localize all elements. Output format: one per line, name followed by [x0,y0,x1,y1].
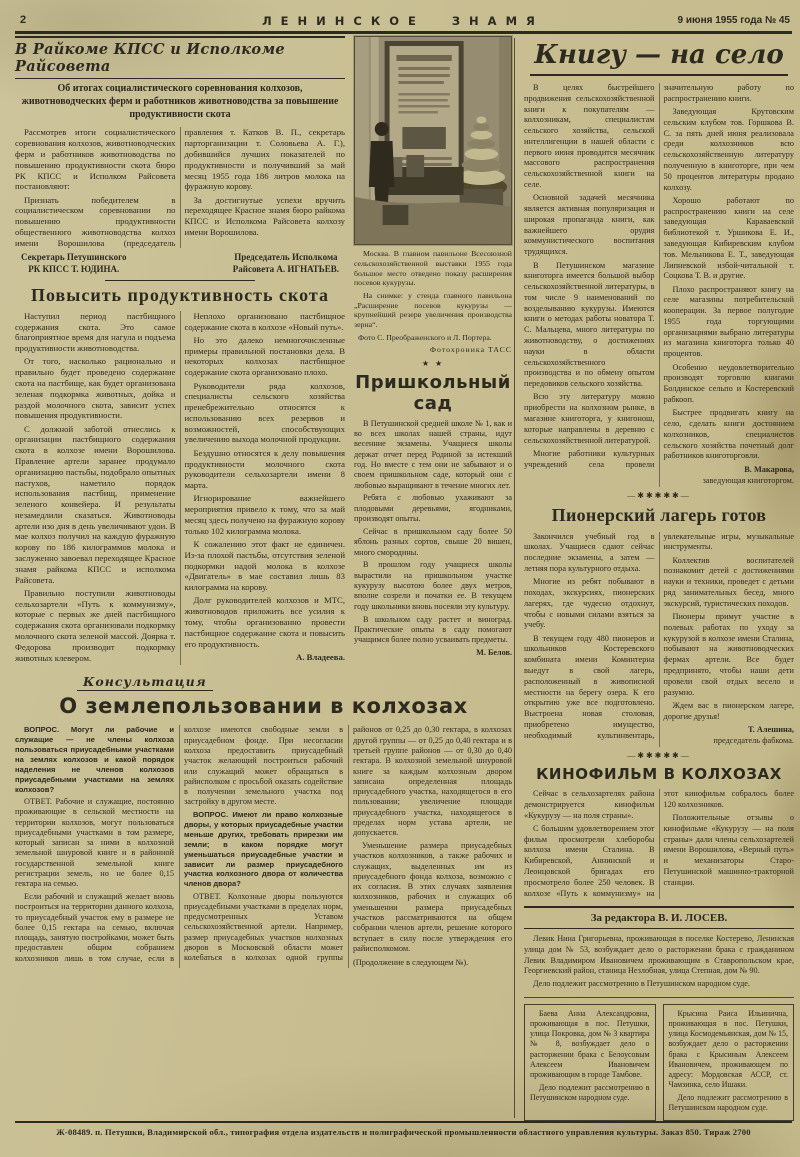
paragraph: За достигнутые успехи вручить переходяще… [185,195,346,238]
article-kino: КИНОФИЛЬМ В КОЛХОЗАХ Сейчас в сельхозарт… [524,765,794,899]
photo-column: Москва. В главном павильоне Всесоюзной с… [354,36,512,661]
paragraph: Москва. В главном павильоне Всесоюзной с… [354,249,512,288]
article-povysit: Повысить продуктивность скота Наступил п… [15,285,345,666]
article-sad-body: В Петушинской средней школе № 1, как и в… [354,419,512,659]
article-lager: Пионерский лагерь готов Закончился учебн… [524,505,794,747]
signature-right: Председатель Исполкома Райсовета А. ИГНА… [233,252,339,275]
paragraph: Хорошо работают по распространению книги… [664,196,795,282]
paragraph: Пионеры примут участие в полевых работах… [664,612,795,698]
paragraph: Быстрее продвигать книгу на село, сделат… [664,408,795,462]
signature-role: Председатель Исполкома [233,252,339,264]
header-rule [15,31,792,34]
article-raikom: В Райкоме КПСС и Исполкоме Райсовета Об … [15,36,345,276]
paragraph: Заведующая Крутовским сельским клубом то… [664,107,795,193]
paragraph: Долг руководителей колхозов и МТС, живот… [185,595,346,649]
paragraph: От того, насколько рационально и правиль… [15,356,176,421]
paragraph: Ждем вас в пионерском лагере, дорогие др… [664,701,795,723]
right-section: Книгу — на село В целях быстрейшего прод… [524,36,794,1121]
issue-date: 9 июня 1955 года № 45 [678,15,790,26]
left-main-columns: В Райкоме КПСС и Исполкоме Райсовета Об … [15,36,345,665]
article-kniga-body: В целях быстрейшего продвижения сельскох… [524,83,794,487]
konsultacia-label: Консультация [77,674,213,691]
paragraph: Положительные отзывы о кинофильме «Кукур… [664,813,795,888]
divorce-notice: Левик Нина Григорьевна, проживающая в по… [524,934,794,997]
paragraph: Дело подлежит рассмотрению в Петушинском… [530,1083,650,1104]
paragraph: На снимке: у стенда главного павильона „… [354,291,512,330]
raikom-signatures: Секретарь Петушинского РК КПСС Т. ЮДИНА.… [21,252,339,275]
article-kino-title: КИНОФИЛЬМ В КОЛХОЗАХ [524,765,794,783]
paragraph: Баева Анна Александровна, проживающая в … [530,1009,650,1081]
paragraph: К сожалению этот факт не единичен. Из-за… [185,539,346,593]
signature-left: Секретарь Петушинского РК КПСС Т. ЮДИНА. [21,252,127,275]
signature-name: Райсовета А. ИГНАТЬЕВ. [233,264,339,276]
paragraph: Фото С. Преображенского и Л. Портера. [354,333,512,343]
paragraph: Ребята с любовью ухаживают за плодовыми … [354,493,512,524]
article-sad: Пришкольный сад В Петушинской средней шк… [354,372,512,659]
paragraph: Т. Алешина, [664,725,795,736]
divorce-notice: Баева Анна Александровна, проживающая в … [524,1004,656,1122]
paragraph: Игнорирование важнейшего мероприятия при… [185,493,346,536]
article-kino-body: Сейчас в сельхозартелях района демонстри… [524,789,794,899]
article-sad-title: Пришкольный сад [354,372,512,414]
article-povysit-title: Повысить продуктивность скота [15,285,345,306]
editor-line: За редактора В. И. ЛОСЕВ. [524,906,794,929]
paragraph: Но это далеко немногочисленные примеры п… [185,335,346,378]
article-raikom-title: В Райкоме КПСС и Исполкоме Райсовета [15,36,345,79]
article-raikom-subtitle: Об итогах социалистического соревнования… [19,83,341,121]
article-kniga: Книгу — на село В целях быстрейшего прод… [524,40,794,487]
paragraph: председатель фабкома. [664,736,795,747]
article-lager-body: Закончился учебный год в школах. Учащиес… [524,532,794,747]
paragraph: заведующая книготоргом. [664,476,795,487]
top-row: В Райкоме КПСС и Исполкоме Райсовета Об … [15,36,512,665]
paragraph: В прошлом году учащиеся школы вырастили … [354,560,512,612]
paragraph: Дело подлежит рассмотрению в Петушинском… [669,1093,789,1114]
newspaper-page: 2 ЛЕНИНСКОЕ ЗНАМЯ 9 июня 1955 года № 45 … [0,0,800,1157]
paragraph: В Петушинском магазине книготорга имеетс… [524,261,655,390]
footer-rule [15,1121,792,1123]
photo-frame [354,36,512,245]
paragraph: Закончился учебный год в школах. Учащиес… [524,532,655,575]
paragraph: Бездушно относятся к делу повышения прод… [185,448,346,491]
paragraph: Руководители ряда колхозов, специалисты … [185,381,346,446]
paragraph: В школьном саду растет и виноград. Практ… [354,615,512,646]
short-divider-rule [105,280,255,281]
left-section: В Райкоме КПСС и Исполкоме Райсовета Об … [15,36,512,968]
paragraph: Многие из ребят побывают в походах, экск… [524,577,655,631]
paragraph: Плохо распространяют книгу на селе магаз… [664,285,795,360]
article-kniga-title: Книгу — на село [530,40,788,76]
article-povysit-body: Наступил период пастбищного содержания с… [15,311,345,666]
paragraph: В целях быстрейшего продвижения сельскох… [524,83,655,191]
paragraph: Рассмотрев итоги социалистического сорев… [15,127,176,192]
exhibition-photo [355,37,511,244]
paragraph: (Продолжение в следующем №). [353,958,512,968]
star-separator: —✱✱✱✱✱— [524,491,794,500]
article-lager-title: Пионерский лагерь готов [524,505,794,526]
paragraph: Правильно поступили животноводы сельхоза… [15,588,176,663]
paragraph: ОТВЕТ. Рабочие и служащие, постоянно про… [15,797,174,890]
article-zemlepolzovanie-body: ВОПРОС. Могут ли рабочие и служащие — не… [15,725,512,968]
masthead-title: ЛЕНИНСКОЕ ЗНАМЯ [16,14,790,28]
article-zemlepolzovanie-title: О землепользовании в колхозах [15,694,512,718]
imprint-line: Ж-08489. п. Петушки, Владимирской обл., … [15,1127,792,1137]
paragraph: Основной задачей месячника является акти… [524,193,655,258]
paragraph: Неплохо организовано пастбищное содержан… [185,311,346,333]
paragraph: С должной заботой отнеслись к организаци… [15,424,176,586]
paragraph: Левик Нина Григорьевна, проживающая в по… [524,934,794,977]
paragraph: ВОПРОС. Имеют ли право колхозные дворы, … [184,810,343,889]
star-separator: ★ ★ [354,359,512,368]
paragraph: Коллектив воспитателей познакомит детей … [664,556,795,610]
paragraph: ВОПРОС. Могут ли рабочие и служащие — не… [15,725,174,794]
section-divider-rule [514,38,515,1118]
paragraph: Всю эту литературу можно приобрести на к… [524,392,655,446]
paragraph: Сейчас в пришкольном саду более 50 яблон… [354,527,512,558]
article-konsultacia: Консультация О землепользовании в колхоз… [15,673,512,968]
page-header: 2 ЛЕНИНСКОЕ ЗНАМЯ 9 июня 1955 года № 45 [16,12,790,30]
article-raikom-body: Рассмотрев итоги социалистического сорев… [15,127,345,248]
paragraph: Уменьшение размера приусадебных участков… [353,841,512,954]
paragraph: В Петушинской средней школе № 1, как и в… [354,419,512,491]
paragraph: Дело подлежит рассмотрению в Петушинском… [524,979,794,990]
paragraph: Сейчас в сельхозартелях района демонстри… [524,789,655,821]
paragraph: В. Макарова, [664,465,795,476]
signature-role: Секретарь Петушинского [21,252,127,264]
signature-name: РК КПСС Т. ЮДИНА. [21,264,127,276]
paragraph: М. Белов. [354,648,512,658]
paragraph: Фотохроника ТАСС [354,345,512,355]
notice-row: Баева Анна Александровна, проживающая в … [524,1004,794,1122]
paragraph: Наступил период пастбищного содержания с… [15,311,176,354]
star-separator: —✱✱✱✱✱— [524,751,794,760]
divorce-notice: Крысина Раиса Ильинична, проживающая в п… [663,1004,795,1122]
photo-caption: Москва. В главном павильоне Всесоюзной с… [354,249,512,355]
paragraph: А. Владеева. [185,652,346,663]
paragraph: Крысина Раиса Ильинична, проживающая в п… [669,1009,789,1091]
paragraph: Особенно неудовлетворительно производят … [664,363,795,406]
